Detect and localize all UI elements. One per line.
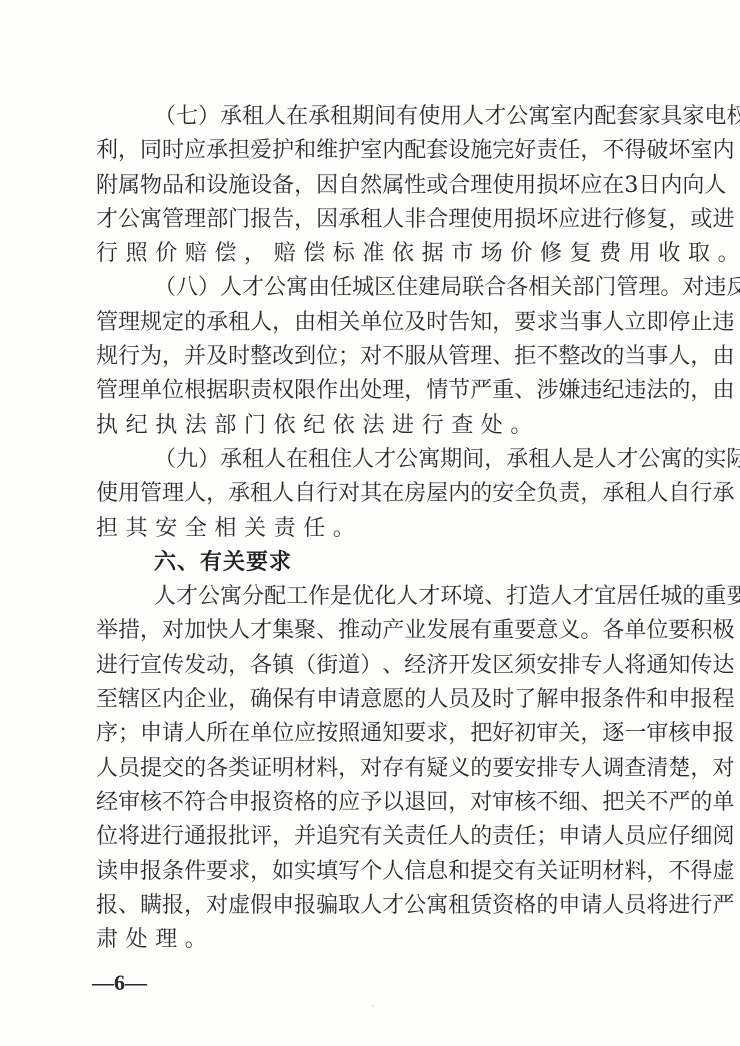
text-line: 规行为，并及时整改到位；对不服从管理、拒不整改的当事人，由 <box>96 340 662 374</box>
text-line: 序；申请人所在单位应按照通知要求，把好初审关，逐一审核申报 <box>96 717 662 751</box>
text-line: 使用管理人，承租人自行对其在房屋内的安全负责，承租人自行承 <box>96 477 662 511</box>
text-line: 执纪执法部门依纪依法进行查处。 <box>96 409 662 443</box>
text-line: 管理规定的承租人，由相关单位及时告知，要求当事人立即停止违 <box>96 306 662 340</box>
paragraph-item-9: （九）承租人在租住人才公寓期间，承租人是人才公寓的实际 使用管理人，承租人自行对… <box>96 443 662 546</box>
text-line: 行照价赔偿，赔偿标准依据市场价修复费用收取。 <box>96 237 662 271</box>
text-line: 才公寓管理部门报告，因承租人非合理使用损坏应进行修复，或进 <box>96 203 662 237</box>
text-line: （八）人才公寓由任城区住建局联合各相关部门管理。对违反 <box>96 271 662 305</box>
paragraph-item-8: （八）人才公寓由任城区住建局联合各相关部门管理。对违反 管理规定的承租人，由相关… <box>96 271 662 442</box>
text-line: 举措，对加快人才集聚、推动产业发展有重要意义。各单位要积极 <box>96 614 662 648</box>
paragraph-requirements: 人才公寓分配工作是优化人才环境、打造人才宜居任城的重要 举措，对加快人才集聚、推… <box>96 580 662 957</box>
text-line: 担其安全相关责任。 <box>96 512 662 546</box>
section-heading: 六、有关要求 <box>96 546 662 580</box>
text-line: 至辖区内企业，确保有申请意愿的人员及时了解申报条件和申报程 <box>96 683 662 717</box>
text-line: 报、瞒报，对虚假申报骗取人才公寓租赁资格的申请人员将进行严 <box>96 889 662 923</box>
text-line: 进行宣传发动，各镇（街道）、经济开发区须安排专人将通知传达 <box>96 649 662 683</box>
text-line: （九）承租人在租住人才公寓期间，承租人是人才公寓的实际 <box>96 443 662 477</box>
text-line: 人员提交的各类证明材料，对存有疑义的要安排专人调查清楚，对 <box>96 752 662 786</box>
text-line: 管理单位根据职责权限作出处理，情节严重、涉嫌违纪违法的，由 <box>96 374 662 408</box>
text-line: 读申报条件要求，如实填写个人信息和提交有关证明材料，不得虚 <box>96 855 662 889</box>
text-line: 人才公寓分配工作是优化人才环境、打造人才宜居任城的重要 <box>96 580 662 614</box>
text-line: 位将进行通报批评，并追究有关责任人的责任；申请人员应仔细阅 <box>96 820 662 854</box>
text-line: 肃处理。 <box>96 923 662 957</box>
page-number: —6— <box>92 970 147 996</box>
paragraph-item-7: （七）承租人在承租期间有使用人才公寓室内配套家具家电权 利，同时应承担爱护和维护… <box>96 100 662 271</box>
document-page: （七）承租人在承租期间有使用人才公寓室内配套家具家电权 利，同时应承担爱护和维护… <box>0 0 740 1046</box>
text-line: （七）承租人在承租期间有使用人才公寓室内配套家具家电权 <box>96 100 662 134</box>
text-line: 利，同时应承担爱护和维护室内配套设施完好责任，不得破坏室内 <box>96 134 662 168</box>
document-body: （七）承租人在承租期间有使用人才公寓室内配套家具家电权 利，同时应承担爱护和维护… <box>96 100 662 957</box>
text-line: 经审核不符合申报资格的应予以退回，对审核不细、把关不严的单 <box>96 786 662 820</box>
scan-speck <box>372 1005 374 1007</box>
text-line: 附属物品和设施设备，因自然属性或合理使用损坏应在3日内向人 <box>96 169 662 203</box>
